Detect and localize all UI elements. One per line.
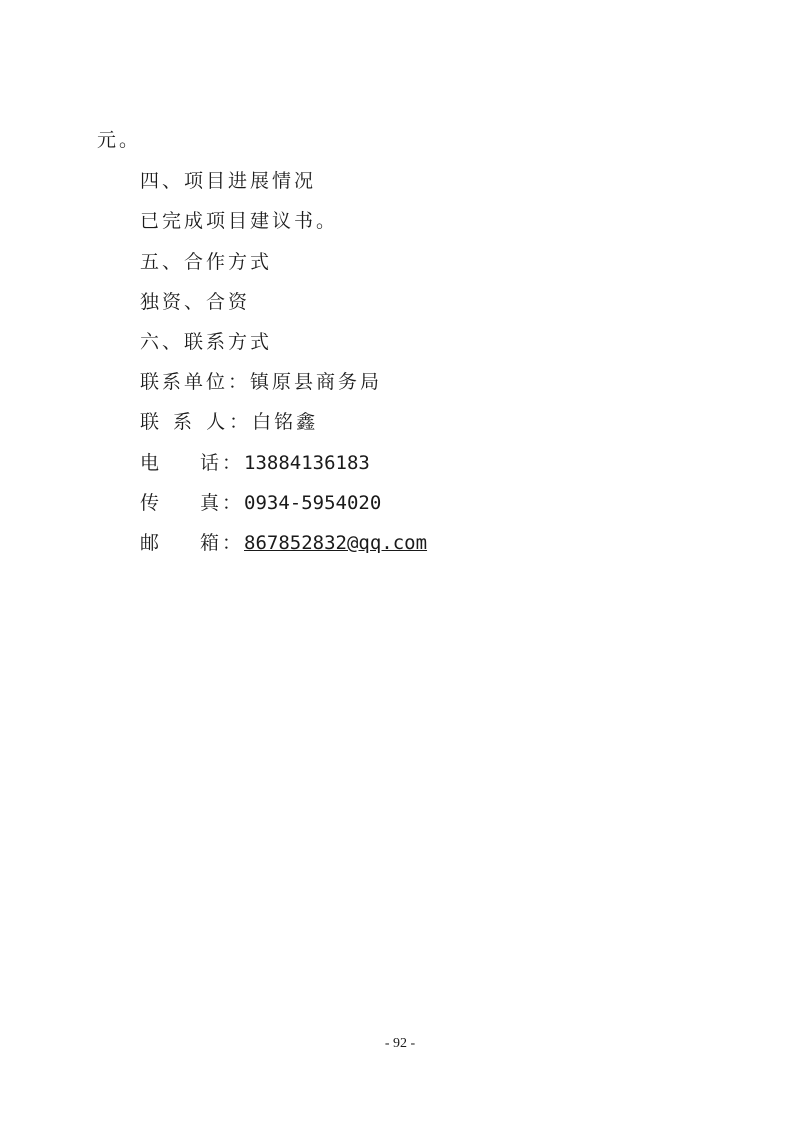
contact-phone-label-2: 话： xyxy=(200,452,244,474)
contact-fax-label-2: 真： xyxy=(200,492,244,514)
contact-unit-row: 联系单位：镇原县商务局 xyxy=(140,370,382,394)
contact-person-value: 白铭鑫 xyxy=(252,411,318,433)
contact-phone-label-1: 电 xyxy=(140,451,200,475)
contact-fax-value: 0934-5954020 xyxy=(244,492,381,514)
contact-phone-row: 电话：13884136183 xyxy=(140,451,370,475)
paragraph-continuation: 元。 xyxy=(97,128,141,152)
cooperation-text: 独资、合资 xyxy=(140,290,250,314)
contact-email-row: 邮箱：867852832@qq.com xyxy=(140,531,427,555)
contact-email-label-1: 邮 xyxy=(140,531,200,555)
contact-fax-label-1: 传 xyxy=(140,491,200,515)
page-number: - 92 - xyxy=(0,1036,800,1052)
contact-email-label-2: 箱： xyxy=(200,532,244,554)
contact-email-link[interactable]: 867852832@qq.com xyxy=(244,532,427,554)
contact-person-label: 联 系 人： xyxy=(140,411,252,433)
section-heading-progress: 四、项目进展情况 xyxy=(140,169,316,193)
contact-unit-value: 镇原县商务局 xyxy=(250,371,382,393)
contact-unit-label: 联系单位： xyxy=(140,371,250,393)
contact-phone-value: 13884136183 xyxy=(244,452,370,474)
section-heading-contact: 六、联系方式 xyxy=(140,330,272,354)
contact-person-row: 联 系 人：白铭鑫 xyxy=(140,410,318,434)
section-heading-cooperation: 五、合作方式 xyxy=(140,250,272,274)
progress-text: 已完成项目建议书。 xyxy=(140,209,338,233)
contact-fax-row: 传真：0934-5954020 xyxy=(140,491,381,515)
